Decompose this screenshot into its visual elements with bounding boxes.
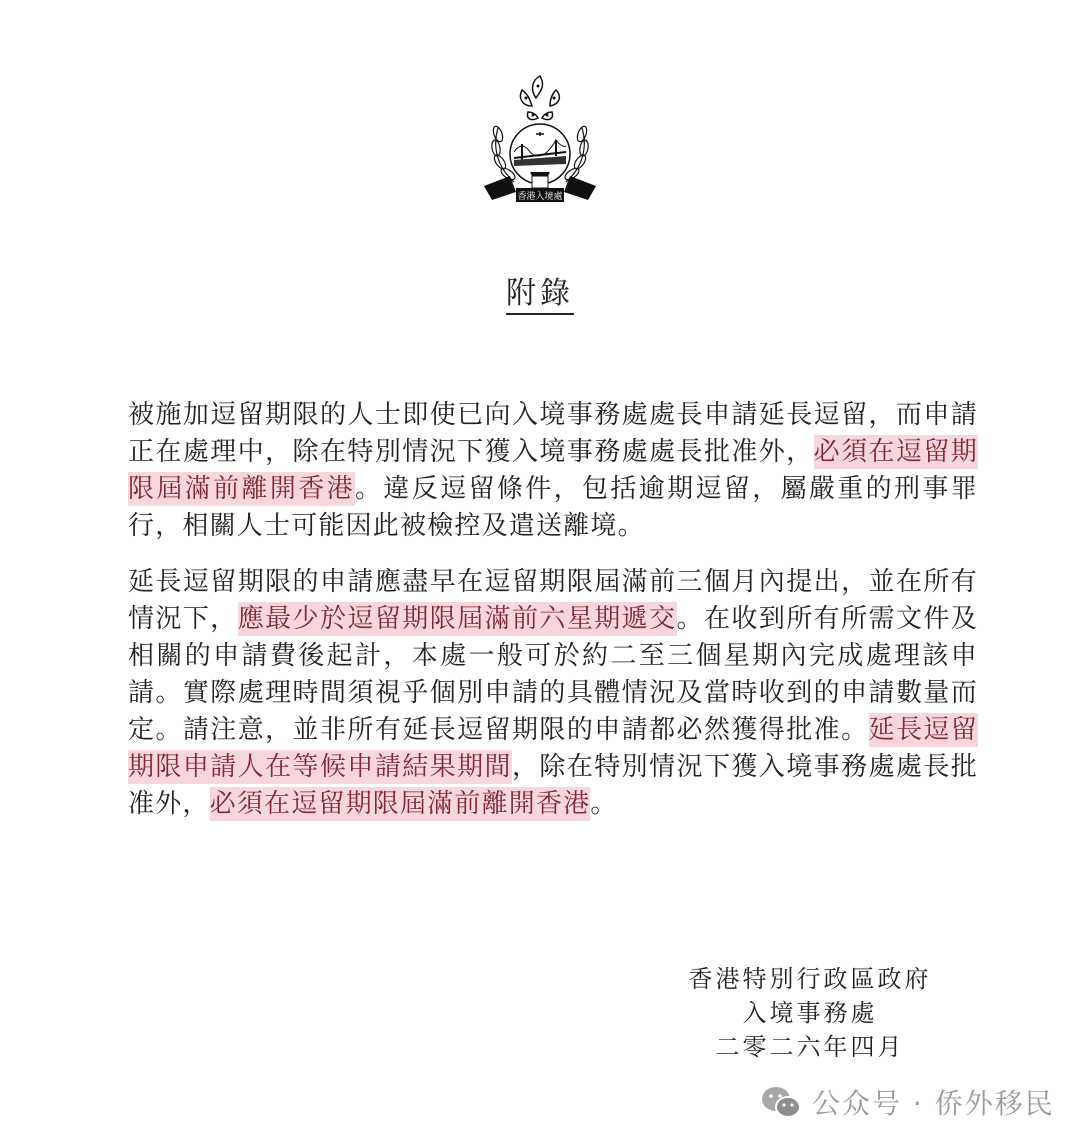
highlighted-text: 必須在逗留期限屆滿前離開香港 bbox=[210, 787, 591, 821]
signature-department: 入境事務處 bbox=[660, 996, 960, 1030]
watermark-text: 公众号 · 侨外移民 bbox=[812, 1082, 1055, 1122]
text-segment: 。 bbox=[590, 789, 617, 819]
svg-text:香港入境處: 香港入境處 bbox=[517, 190, 562, 202]
emblem-icon: 香港入境處 bbox=[470, 68, 610, 208]
paragraph-2: 延長逗留期限的申請應盡早在逗留期限屆滿前三個月內提出，並在所有情況下，應最少於逗… bbox=[128, 564, 978, 823]
page-title: 附錄 bbox=[0, 268, 1080, 312]
highlighted-text: 應最少於逗留期限屆滿前六星期遞交 bbox=[238, 602, 677, 636]
immigration-emblem: 香港入境處 bbox=[470, 68, 610, 208]
signature-date: 二零二六年四月 bbox=[660, 1030, 960, 1064]
signature-government: 香港特別行政區政府 bbox=[660, 962, 960, 996]
signature-block: 香港特別行政區政府 入境事務處 二零二六年四月 bbox=[660, 962, 960, 1064]
paragraph-1: 被施加逗留期限的人士即使已向入境事務處處長申請延長逗留，而申請正在處理中，除在特… bbox=[128, 397, 978, 545]
title-text: 附錄 bbox=[506, 276, 574, 315]
wechat-icon bbox=[760, 1085, 802, 1119]
watermark: 公众号 · 侨外移民 bbox=[760, 1082, 1055, 1122]
